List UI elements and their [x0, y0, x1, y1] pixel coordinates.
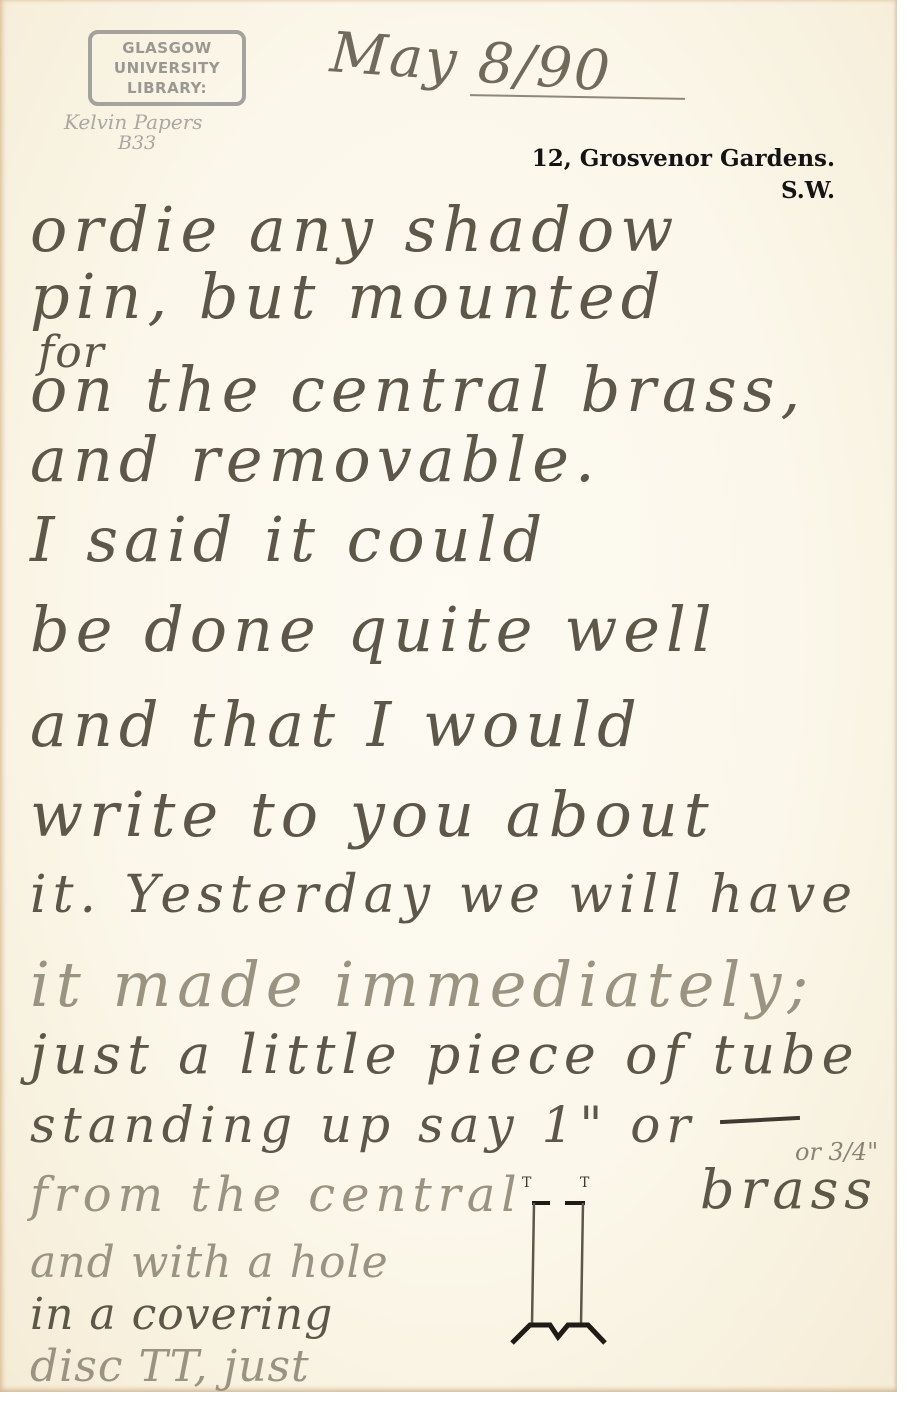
body-line: disc TT, just: [30, 1332, 310, 1402]
letter-date: May 8/90: [328, 20, 614, 105]
strikethrough-mark: [720, 1116, 800, 1124]
letterhead-line-1: 12, Grosvenor Gardens.: [532, 143, 835, 175]
body-line: be done quite well: [30, 595, 718, 665]
sketch-label-t-left: T: [522, 1175, 532, 1191]
body-line: just a little piece of tube: [30, 1020, 860, 1090]
body-line: it made immediately;: [30, 950, 814, 1020]
fraction-annotation: or 3/4": [795, 1138, 878, 1166]
body-line: standing up say 1" or: [30, 1090, 696, 1160]
archive-collection-note: Kelvin Papers: [64, 110, 203, 134]
stamp-line-1: GLASGOW: [92, 38, 242, 58]
stamp-line-3: LIBRARY:: [92, 78, 242, 98]
body-line: from the central: [30, 1160, 523, 1230]
body-line: pin, but mounted: [30, 262, 666, 332]
body-line: and that I would: [30, 690, 643, 760]
body-line: on the central brass,: [30, 355, 806, 425]
sketch-label-t-right: T: [580, 1175, 590, 1191]
body-line: ordie any shadow: [30, 195, 679, 265]
body-line: and removable.: [30, 425, 601, 495]
body-line: write to you about: [30, 780, 715, 850]
tube-sketch: T T: [510, 1165, 610, 1360]
body-line: it. Yesterday we will have: [30, 860, 858, 930]
letter-page: GLASGOW UNIVERSITY LIBRARY: Kelvin Paper…: [0, 0, 897, 1392]
body-line: I said it could: [30, 505, 548, 575]
library-stamp: GLASGOW UNIVERSITY LIBRARY:: [88, 30, 246, 106]
archive-reference-note: B33: [118, 132, 156, 154]
stamp-line-2: UNIVERSITY: [92, 58, 242, 78]
